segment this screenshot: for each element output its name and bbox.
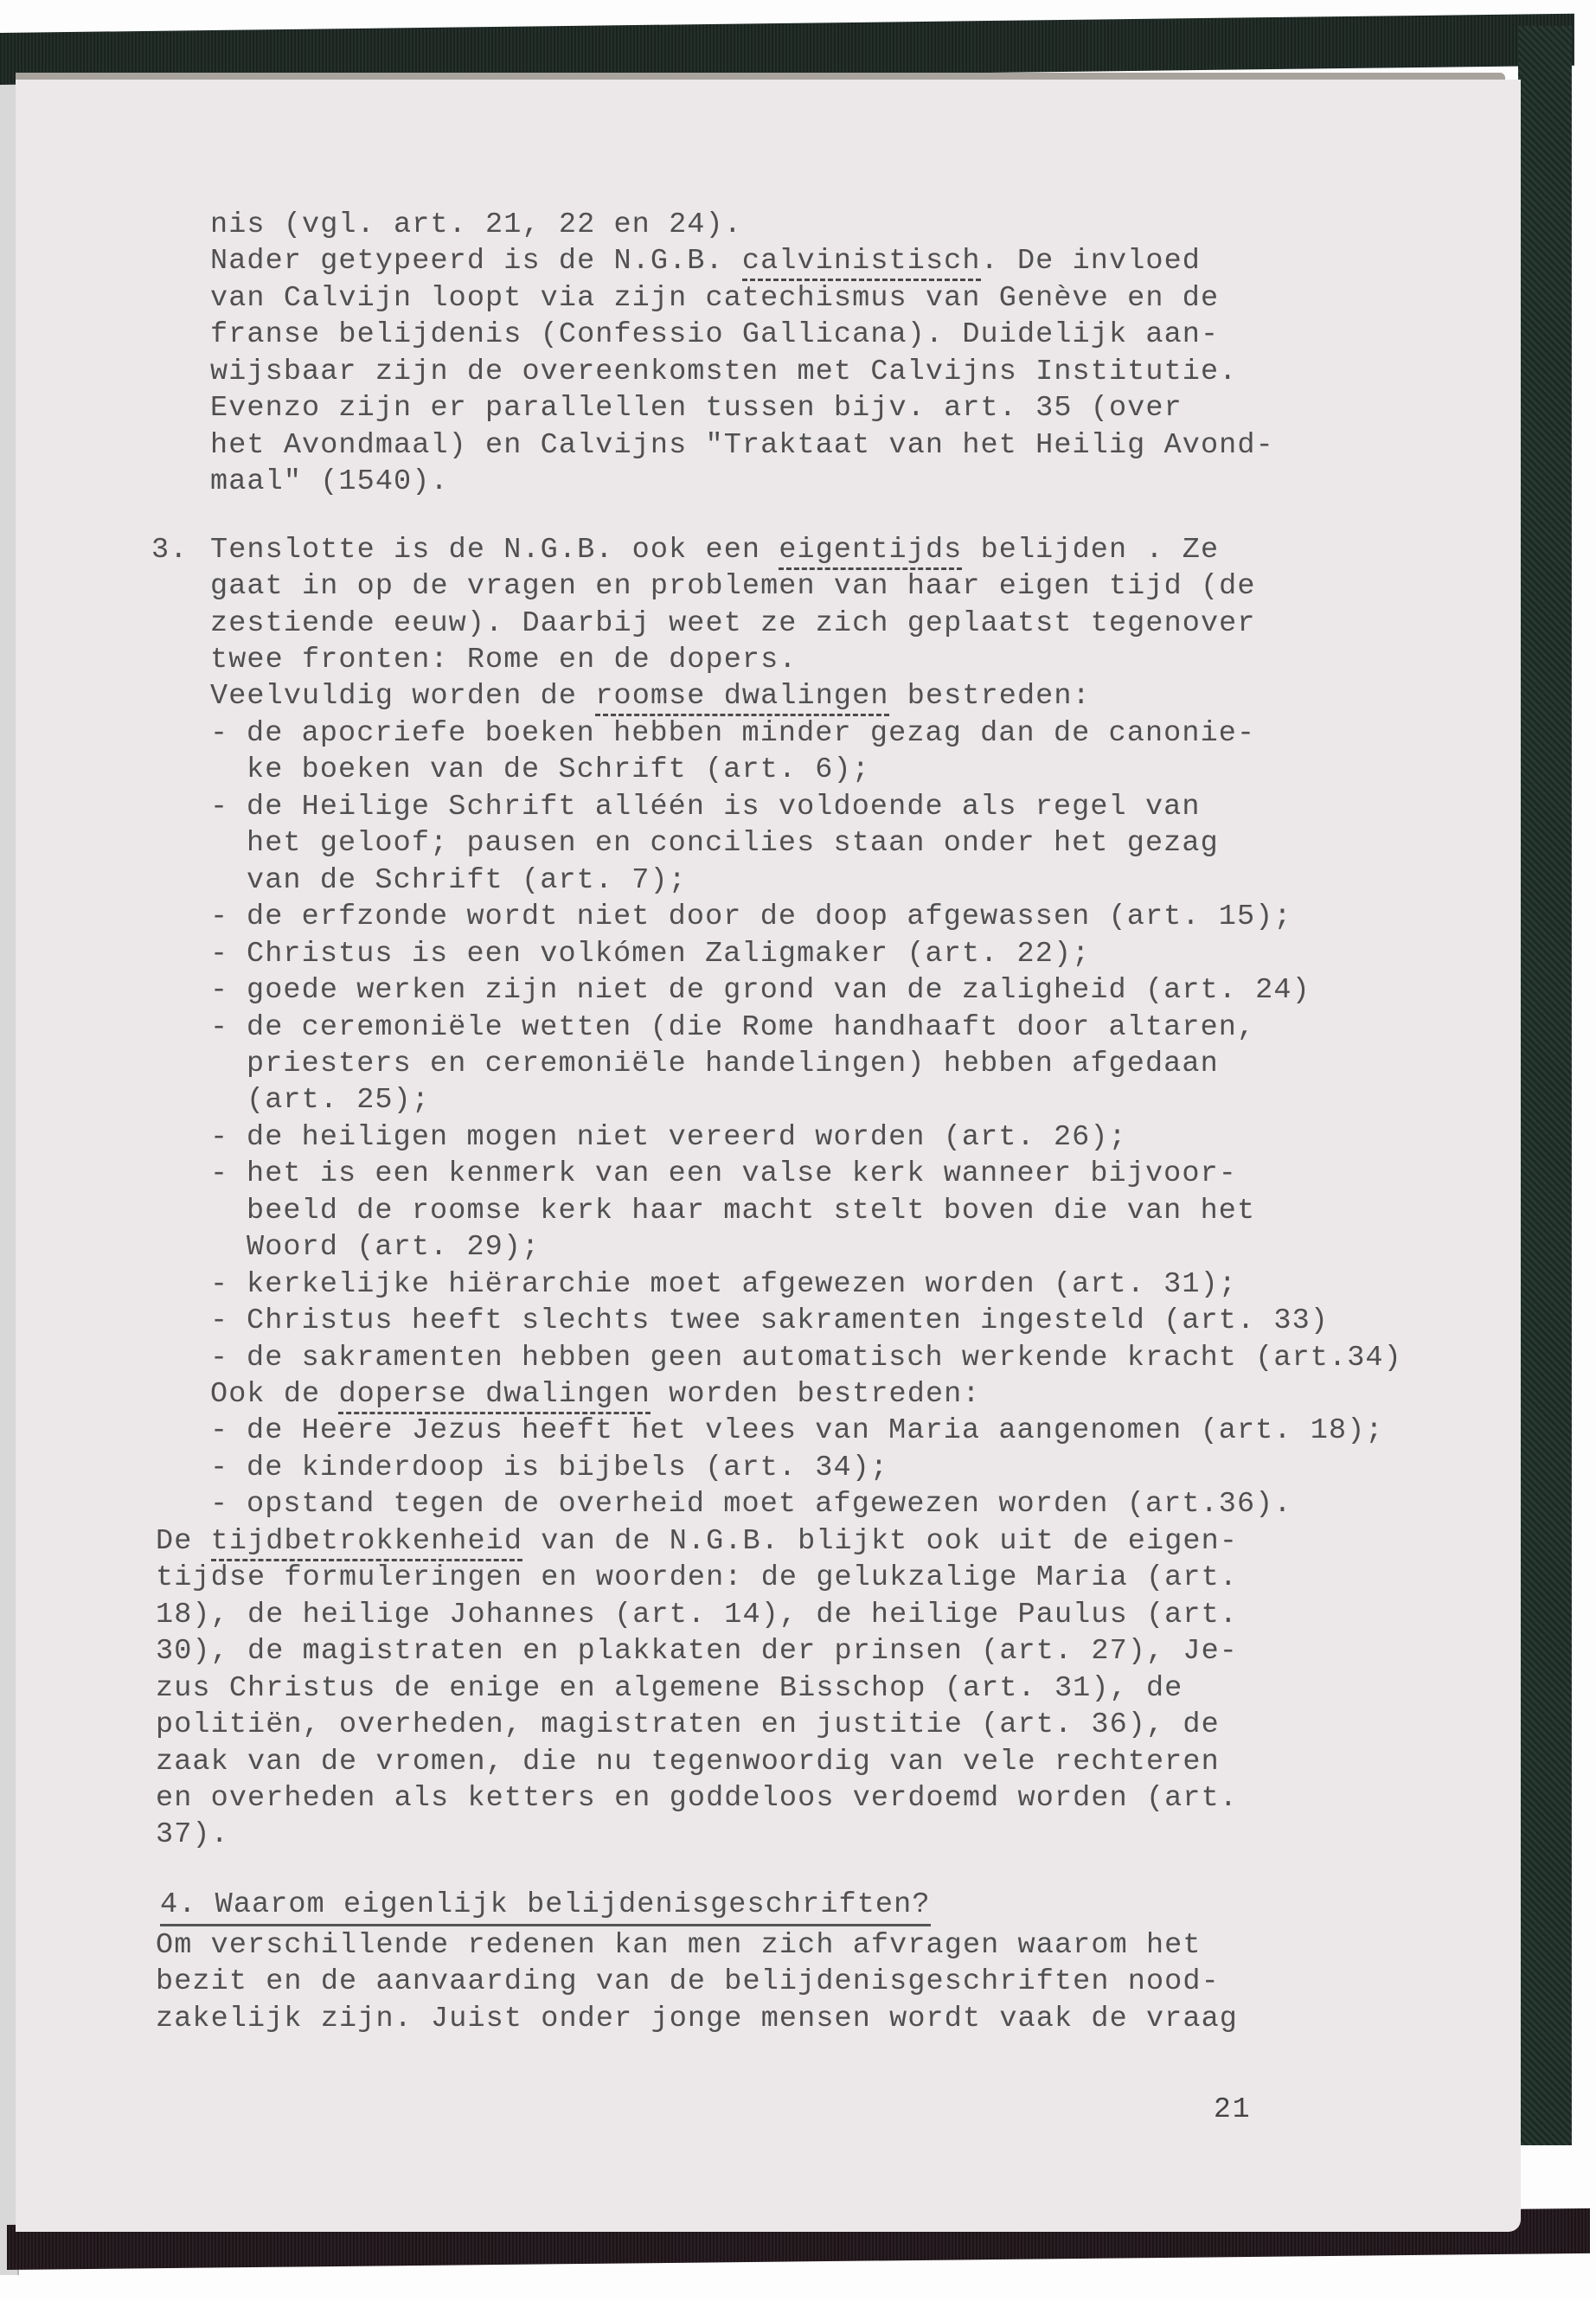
text-segment: worden bestreden: (651, 1378, 981, 1411)
bullet-text: het geloof; pausen en concilies staan on… (247, 826, 1219, 861)
bullet-dash: - (210, 790, 228, 824)
bullet-text: ke boeken van de Schrift (art. 6); (247, 753, 870, 787)
bullet-dash: - (210, 1267, 228, 1302)
text-line: zus Christus de enige en algemene Bissch… (156, 1671, 1183, 1706)
text-line: zakelijk zijn. Juist onder jonge mensen … (156, 2002, 1238, 2036)
section-heading: 4. Waarom eigenlijk belijdenisgeschrifte… (160, 1888, 931, 1926)
bullet-dash: - (210, 900, 228, 934)
bullet-dash: - (210, 1157, 228, 1191)
underlined-term: calvinistisch (742, 245, 981, 281)
list-number: 3. (151, 533, 188, 567)
text-line: Om verschillende redenen kan men zich af… (156, 1928, 1202, 1963)
bullet-text: priesters en ceremoniële handelingen) he… (247, 1047, 1219, 1081)
bullet-text: de heiligen mogen niet vereerd worden (a… (247, 1120, 1127, 1155)
text-line: gaat in op de vragen en problemen van ha… (210, 569, 1256, 604)
bullet-dash: - (210, 1487, 228, 1522)
text-line: zestiende eeuw). Daarbij weet ze zich ge… (210, 606, 1256, 641)
bullet-text: kerkelijke hiërarchie moet afgewezen wor… (247, 1267, 1237, 1302)
text-segment: bestreden: (889, 680, 1091, 713)
bullet-text: beeld de roomse kerk haar macht stelt bo… (247, 1194, 1255, 1228)
page-number: 21 (1214, 2093, 1252, 2125)
bullet-dash: - (210, 716, 228, 751)
bullet-text: het is een kenmerk van een valse kerk wa… (247, 1157, 1237, 1191)
binder-cover-right (1518, 26, 1572, 2145)
text-segment: . De invloed (981, 245, 1201, 278)
bullet-text: (art. 25); (247, 1083, 430, 1118)
text-segment: Ook de (210, 1378, 338, 1411)
bullet-text: van de Schrift (art. 7); (247, 863, 687, 898)
bullet-dash: - (210, 1341, 228, 1375)
bullet-dash: - (210, 1451, 228, 1485)
underlined-term: eigentijds (779, 534, 962, 570)
text-line: bezit en de aanvaarding van de belijdeni… (156, 1965, 1220, 1999)
text-line: politiën, overheden, magistraten en just… (156, 1708, 1220, 1742)
bullet-dash: - (210, 1304, 228, 1338)
bullet-dash: - (210, 937, 228, 971)
text-line: nis (vgl. art. 21, 22 en 24). (210, 208, 742, 242)
text-segment: Veelvuldig worden de (210, 680, 595, 713)
text-line: maal" (1540). (210, 465, 449, 499)
text-segment: Tenslotte is de N.G.B. ook een (210, 534, 779, 567)
bullet-dash: - (210, 1413, 228, 1448)
underlined-term: doperse dwalingen (338, 1378, 650, 1414)
bullet-text: goede werken zijn niet de grond van de z… (247, 973, 1311, 1008)
underlined-term: tijdbetrokkenheid (211, 1525, 522, 1561)
bullet-text: de kinderdoop is bijbels (art. 34); (247, 1451, 888, 1485)
text-segment: De (156, 1525, 211, 1558)
text-line: 37). (156, 1817, 229, 1852)
bullet-dash: - (210, 1010, 228, 1045)
text-line: wijsbaar zijn de overeenkomsten met Calv… (210, 355, 1237, 389)
bullet-dash: - (210, 1120, 228, 1155)
text-line: 30), de magistraten en plakkaten der pri… (156, 1634, 1238, 1669)
text-line: twee fronten: Rome en de dopers. (210, 643, 798, 677)
text-segment: van de N.G.B. blijkt ook uit de eigen- (522, 1525, 1238, 1558)
text-segment: Nader getypeerd is de N.G.B. (210, 245, 742, 278)
bullet-text: de ceremoniële wetten (die Rome handhaaf… (247, 1010, 1255, 1045)
bullet-text: de erfzonde wordt niet door de doop afge… (247, 900, 1292, 934)
text-line: zaak van de vromen, die nu tegenwoordig … (156, 1745, 1220, 1779)
bullet-text: de apocriefe boeken hebben minder gezag … (247, 716, 1255, 751)
bullet-text: Christus heeft slechts twee sakramenten … (247, 1304, 1329, 1338)
text-line: Nader getypeerd is de N.G.B. calvinistis… (210, 244, 1201, 279)
text-line: Evenzo zijn er parallellen tussen bijv. … (210, 391, 1183, 426)
bullet-text: de sakramenten hebben geen automatisch w… (247, 1341, 1402, 1375)
bullet-text: Woord (art. 29); (247, 1230, 540, 1265)
text-line: en overheden als ketters en goddeloos ve… (156, 1781, 1238, 1816)
bullet-text: de Heere Jezus heeft het vlees van Maria… (247, 1413, 1384, 1448)
text-line: Veelvuldig worden de roomse dwalingen be… (210, 679, 1091, 714)
text-line: van Calvijn loopt via zijn catechismus v… (210, 281, 1219, 316)
text-line: tijdse formuleringen en woorden: de gelu… (156, 1561, 1238, 1595)
bullet-dash: - (210, 973, 228, 1008)
text-line: franse belijdenis (Confessio Gallicana).… (210, 317, 1219, 352)
bullet-text: opstand tegen de overheid moet afgewezen… (247, 1487, 1292, 1522)
bullet-text: de Heilige Schrift alléén is voldoende a… (247, 790, 1201, 824)
text-line: 18), de heilige Johannes (art. 14), de h… (156, 1598, 1238, 1632)
text-segment: belijden . Ze (962, 534, 1219, 567)
underlined-term: roomse dwalingen (595, 680, 888, 716)
text-line: het Avondmaal) en Calvijns "Traktaat van… (210, 428, 1274, 463)
bullet-text: Christus is een volkómen Zaligmaker (art… (247, 937, 1090, 971)
text-line: Ook de doperse dwalingen worden bestrede… (210, 1377, 981, 1412)
text-line: Tenslotte is de N.G.B. ook een eigentijd… (210, 533, 1219, 567)
text-line: De tijdbetrokkenheid van de N.G.B. blijk… (156, 1524, 1238, 1559)
